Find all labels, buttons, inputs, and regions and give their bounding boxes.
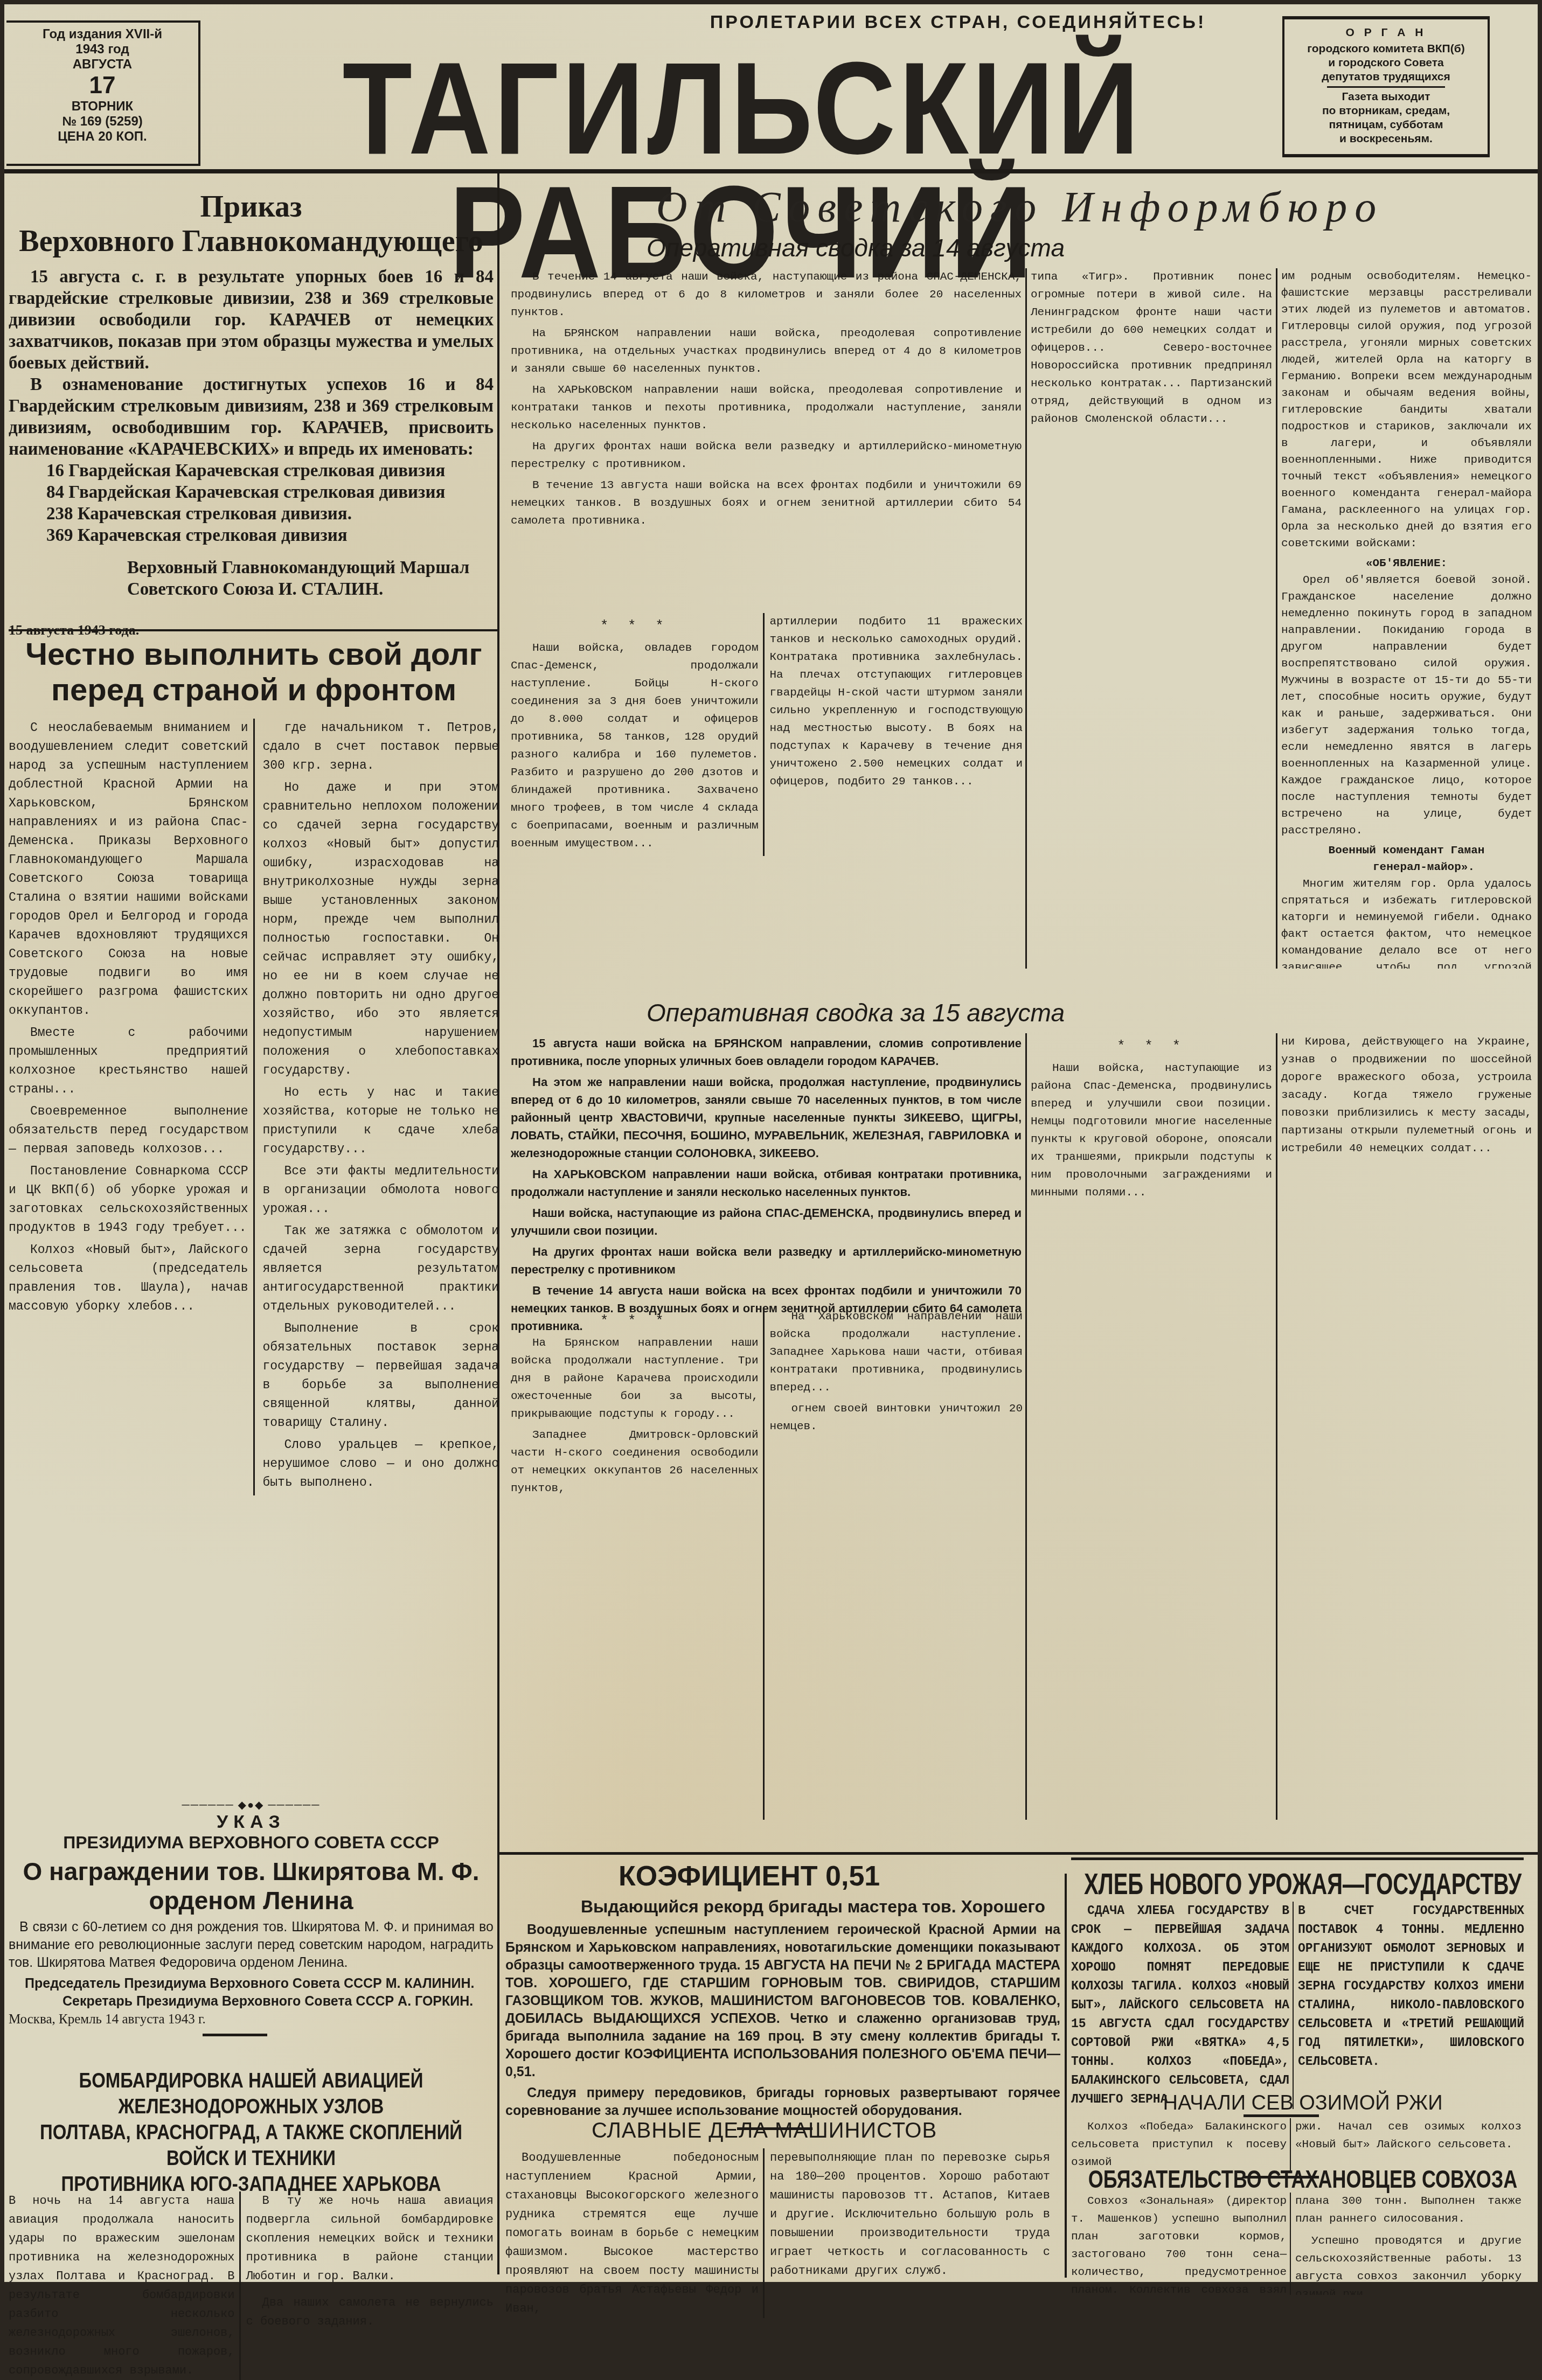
machinists-article: СЛАВНЫЕ ДЕЛА МАШИНИСТОВ Воодушевленные п…: [505, 2119, 1060, 2286]
editorial-paragraph: где начальником т. Петров, сдало в счет …: [262, 719, 499, 775]
report-paragraph: артиллерии подбито 11 вражеских танков и…: [770, 613, 1023, 791]
editorial-paragraph: Вместе с рабочими промышленных предприят…: [9, 1024, 248, 1099]
order-title-2: Верховного Главнокомандующего: [9, 224, 494, 259]
organ-line: и городского Совета: [1288, 56, 1484, 70]
announcement-signature: генерал-майор».: [1281, 859, 1532, 876]
bread-article: ХЛЕБ НОВОГО УРОЖАЯ—ГОСУДАРСТВУ СДАЧА ХЛЕ…: [1071, 1857, 1534, 2122]
ukaz-signature: Секретарь Президиума Верховного Совета С…: [9, 1993, 494, 2010]
sovkhoz-title: ОБЯЗАТЕЛЬСТВО СТАХАНОВЦЕВ СОВХОЗА: [1071, 2165, 1534, 2194]
report-15-columns: * * * На Брянском направлении наши войск…: [511, 1308, 1023, 1820]
schedule-line: Газета выходит: [1288, 90, 1484, 104]
report-paragraph: Наши войска, наступающие из района СПАС-…: [511, 1204, 1022, 1240]
report-paragraph: им родным освободителям. Немецко-фашистс…: [1281, 268, 1532, 552]
division-line: 16 Гвардейская Карачевская стрелковая ди…: [46, 460, 494, 482]
report-paragraph: типа «Тигр». Противник понес огромные по…: [1031, 268, 1272, 428]
order-paragraph: 15 августа с. г. в результате упорных бо…: [9, 266, 494, 374]
editorial-paragraph: Но даже и при этом сравнительно неплохом…: [262, 778, 499, 1080]
report-15-col-c: * * * Наши войска, наступающие из района…: [1031, 1033, 1272, 1820]
schedule-line: и воскресеньям.: [1288, 132, 1484, 146]
announcement-title: «ОБ'ЯВЛЕНИЕ:: [1281, 555, 1532, 572]
column-divider: [1276, 1033, 1277, 1820]
ukaz-article: ────── ◆●◆ ────── УКАЗ ПРЕЗИДИУМА ВЕРХОВ…: [9, 1798, 494, 2042]
issue-year-line: Год издания XVII-й: [6, 27, 198, 42]
ukaz-place-date: Москва, Кремль 14 августа 1943 г.: [9, 2010, 494, 2028]
section-stars: * * *: [511, 1312, 759, 1330]
schedule-line: по вторникам, средам,: [1288, 104, 1484, 118]
column-divider: [1065, 1874, 1067, 2278]
rye-col-2: ржи. Начал сев озимых колхоз «Новый быт»…: [1295, 2118, 1522, 2172]
division-line: 369 Карачевская стрелковая дивизия: [46, 525, 494, 546]
report-paragraph: Многим жителям гор. Орла удалось спрятат…: [1281, 876, 1532, 969]
bombing-title: ПОЛТАВА, КРАСНОГРАД, А ТАКЖЕ СКОПЛЕНИЙ В…: [9, 2119, 494, 2171]
column-divider: [1025, 1033, 1027, 1820]
division-line: 238 Карачевская стрелковая дивизия.: [46, 503, 494, 525]
bread-title: ХЛЕБ НОВОГО УРОЖАЯ—ГОСУДАРСТВУ: [1071, 1868, 1534, 1902]
report-paragraph: В течение 14 августа наши войска, наступ…: [511, 268, 1022, 322]
report-paragraph: На Харьковском направлении наши войска п…: [770, 1308, 1023, 1397]
report-15-lead: 15 августа наши войска на БРЯНСКОМ напра…: [511, 1034, 1022, 1338]
report-paragraph: На Брянском направлении наши войска прод…: [511, 1334, 759, 1423]
sovkhoz-col-1: Совхоз «Зональная» (директор т. Машенков…: [1071, 2193, 1291, 2286]
column-divider: [1276, 268, 1277, 969]
editorial-title-2: перед страной и фронтом: [9, 672, 499, 708]
report-paragraph: ни Кирова, действующего на Украине, узна…: [1281, 1033, 1532, 1158]
section-rule: [499, 1852, 1538, 1855]
section-rule: [9, 629, 499, 631]
report-paragraph: 15 августа наши войска на БРЯНСКОМ напра…: [511, 1034, 1022, 1070]
issue-weekday: ВТОРНИК: [6, 99, 198, 114]
order-signature: Советского Союза И. СТАЛИН.: [127, 579, 494, 600]
ukaz-signature: Председатель Президиума Верховного Совет…: [9, 1975, 494, 1993]
announcement-body: Орел об'является боевой зоной. Гражданск…: [1281, 572, 1532, 839]
issue-info-box: Год издания XVII-й 1943 год АВГУСТА 17 В…: [6, 20, 200, 166]
organ-line: депутатов трудящихся: [1288, 70, 1484, 84]
bread-col-1: СДАЧА ХЛЕБА ГОСУДАРСТВУ В СРОК — ПЕРВЕЙШ…: [1071, 1902, 1294, 2109]
editorial-paragraph: С неослабеваемым вниманием и воодушевлен…: [9, 719, 248, 1020]
order-signature: Верховный Главнокомандующий Маршал: [127, 557, 494, 579]
section-rule: [1071, 1857, 1524, 1860]
koef-subtitle: Выдающийся рекорд бригады мастера тов. Х…: [505, 1897, 1060, 1917]
masthead-rule: [4, 169, 1538, 173]
report-paragraph: На ХАРЬКОВСКОМ направлении наши войска, …: [511, 381, 1022, 435]
bombing-col-1: В ночь на 14 августа наша авиация продол…: [9, 2191, 241, 2286]
issue-day: 17: [6, 72, 198, 99]
editorial-paragraph: Выполнение в срок обязательных поставок …: [262, 1319, 499, 1432]
division-line: 84 Гвардейская Карачевская стрелковая ди…: [46, 482, 494, 503]
bombing-title: ПРОТИВНИКА ЮГО-ЗАПАДНЕЕ ХАРЬКОВА: [9, 2171, 494, 2197]
sovkhoz-paragraph: Успешно проводятся и другие сельскохозяй…: [1295, 2232, 1522, 2286]
editorial-article: Честно выполнить свой долг перед страной…: [9, 635, 499, 1793]
machinists-col-1: Воодушевленные победоносным наступлением…: [505, 2148, 765, 2286]
report-14-title: Оперативная сводка за 14 августа: [505, 233, 1206, 262]
report-paragraph: На других фронтах наши войска вели разве…: [511, 438, 1022, 474]
editorial-title-1: Честно выполнить свой долг: [9, 637, 499, 672]
editorial-paragraph: Колхоз «Новый быт», Лайского сельсовета …: [9, 1241, 248, 1316]
organ-info-box: О Р Г А Н городского комитета ВКП(б) и г…: [1282, 16, 1490, 157]
ukaz-title-2: орденом Ленина: [9, 1886, 494, 1915]
column-divider: [497, 173, 499, 2274]
report-14-col-c: типа «Тигр». Противник понес огромные по…: [1031, 268, 1272, 963]
issue-month: АВГУСТА: [6, 57, 198, 72]
editorial-paragraph: Слово уральцев — крепкое, нерушимое слов…: [262, 1436, 499, 1492]
issue-number: № 169 (5259): [6, 114, 198, 129]
report-15-title: Оперативная сводка за 15 августа: [505, 998, 1206, 1027]
section-stars: * * *: [511, 617, 759, 635]
rye-title: НАЧАЛИ СЕВ ОЗИМОЙ РЖИ: [1071, 2092, 1534, 2115]
rye-col-1: Колхоз «Победа» Балакинского сельсовета …: [1071, 2118, 1291, 2172]
editorial-paragraph: Постановление Совнаркома СССР и ЦК ВКП(б…: [9, 1162, 248, 1237]
koef-tail: Следуя примеру передовиков, бригады горн…: [505, 2084, 1060, 2120]
report-paragraph: Западнее Дмитровск-Орловский части Н-ско…: [511, 1426, 759, 1498]
koef-body: Воодушевленные успешным наступлением гер…: [505, 1921, 1060, 2081]
ukaz-title-1: О награждении тов. Шкирятова М. Ф.: [9, 1857, 494, 1886]
column-divider: [1025, 268, 1027, 969]
issue-year: 1943 год: [6, 42, 198, 57]
schedule-line: пятницам, субботам: [1288, 118, 1484, 132]
report-paragraph: На этом же направлении наши войска, прод…: [511, 1073, 1022, 1162]
ukaz-body: В связи с 60-летием со дня рождения тов.…: [9, 1918, 494, 1972]
bombing-article: БОМБАРДИРОВКА НАШЕЙ АВИАЦИЕЙ ЖЕЛЕЗНОДОРО…: [9, 2068, 494, 2286]
sovkhoz-article: ОБЯЗАТЕЛЬСТВО СТАХАНОВЦЕВ СОВХОЗА Совхоз…: [1071, 2165, 1534, 2286]
report-paragraph: В течение 13 августа наши войска на всех…: [511, 477, 1022, 530]
report-paragraph: На других фронтах наши войска вели разве…: [511, 1243, 1022, 1278]
bombing-paragraph: В ту же ночь наша авиация подвергла силь…: [246, 2191, 494, 2286]
ornament-divider: ────── ◆●◆ ──────: [9, 1798, 494, 1812]
machinists-title: СЛАВНЫЕ ДЕЛА МАШИНИСТОВ: [505, 2119, 1060, 2143]
report-15-col-d: ни Кирова, действующего на Украине, узна…: [1281, 1033, 1532, 1820]
editorial-paragraph: Но есть у нас и такие хозяйства, которые…: [262, 1083, 499, 1159]
order-title-1: Приказ: [9, 190, 494, 224]
koef-article: КОЭФИЦИЕНТ 0,51 Выдающийся рекорд бригад…: [505, 1860, 1060, 2134]
short-rule: [203, 2034, 267, 2036]
editorial-paragraph: Своевременное выполнение обязательств пе…: [9, 1102, 248, 1159]
report-14-col-d: им родным освободителям. Немецко-фашистс…: [1281, 268, 1532, 969]
issue-price: ЦЕНА 20 КОП.: [6, 129, 198, 144]
report-paragraph: Наши войска, наступающие из района Спас-…: [1031, 1060, 1272, 1202]
bread-col-2: В СЧЕТ ГОСУДАРСТВЕННЫХ ПОСТАВОК 4 ТОННЫ.…: [1298, 1902, 1524, 2109]
report-paragraph: На ХАРЬКОВСКОМ направлении наши войска, …: [511, 1165, 1022, 1201]
masthead-slogan: ПРОЛЕТАРИИ ВСЕХ СТРАН, СОЕДИНЯЙТЕСЬ!: [672, 12, 1244, 33]
section-stars: * * *: [1031, 1038, 1272, 1055]
sovkhoz-paragraph: плана 300 тонн. Выполнен также план ранн…: [1295, 2193, 1522, 2228]
machinists-col-2: перевыполняющие план по перевозке сырья …: [770, 2148, 1050, 2286]
report-paragraph: Наши войска, овладев городом Спас-Деменс…: [511, 639, 759, 853]
sovinform-title: От Советского Информбюро: [505, 183, 1534, 232]
order-paragraph: В ознаменование достигнутых успехов 16 и…: [9, 374, 494, 460]
editorial-paragraph: Так же затяжка с обмолотом и сдачей зерн…: [262, 1222, 499, 1316]
announcement-signature: Военный комендант Гаман: [1281, 843, 1532, 859]
bombing-title: БОМБАРДИРОВКА НАШЕЙ АВИАЦИЕЙ ЖЕЛЕЗНОДОРО…: [9, 2068, 494, 2119]
order-article: Приказ Верховного Главнокомандующего 15 …: [9, 182, 494, 641]
organ-label: О Р Г А Н: [1288, 26, 1484, 40]
organ-line: городского комитета ВКП(б): [1288, 42, 1484, 56]
ukaz-subtitle: ПРЕЗИДИУМА ВЕРХОВНОГО СОВЕТА СССР: [9, 1833, 494, 1853]
report-paragraph: На БРЯНСКОМ направлении наши войска, пре…: [511, 325, 1022, 378]
report-paragraph: огнем своей винтовки уничтожил 20 немцев…: [770, 1400, 1023, 1436]
report-14-lead: В течение 14 августа наши войска, наступ…: [511, 268, 1022, 533]
newspaper-page: ПРОЛЕТАРИИ ВСЕХ СТРАН, СОЕДИНЯЙТЕСЬ! Год…: [4, 4, 1538, 2282]
editorial-paragraph: Все эти факты медлительности в организац…: [262, 1162, 499, 1219]
report-14-columns: * * * Наши войска, овладев городом Спас-…: [511, 613, 1023, 856]
ukaz-label: УКАЗ: [9, 1812, 494, 1833]
koef-title: КОЭФИЦИЕНТ 0,51: [505, 1860, 1060, 1892]
